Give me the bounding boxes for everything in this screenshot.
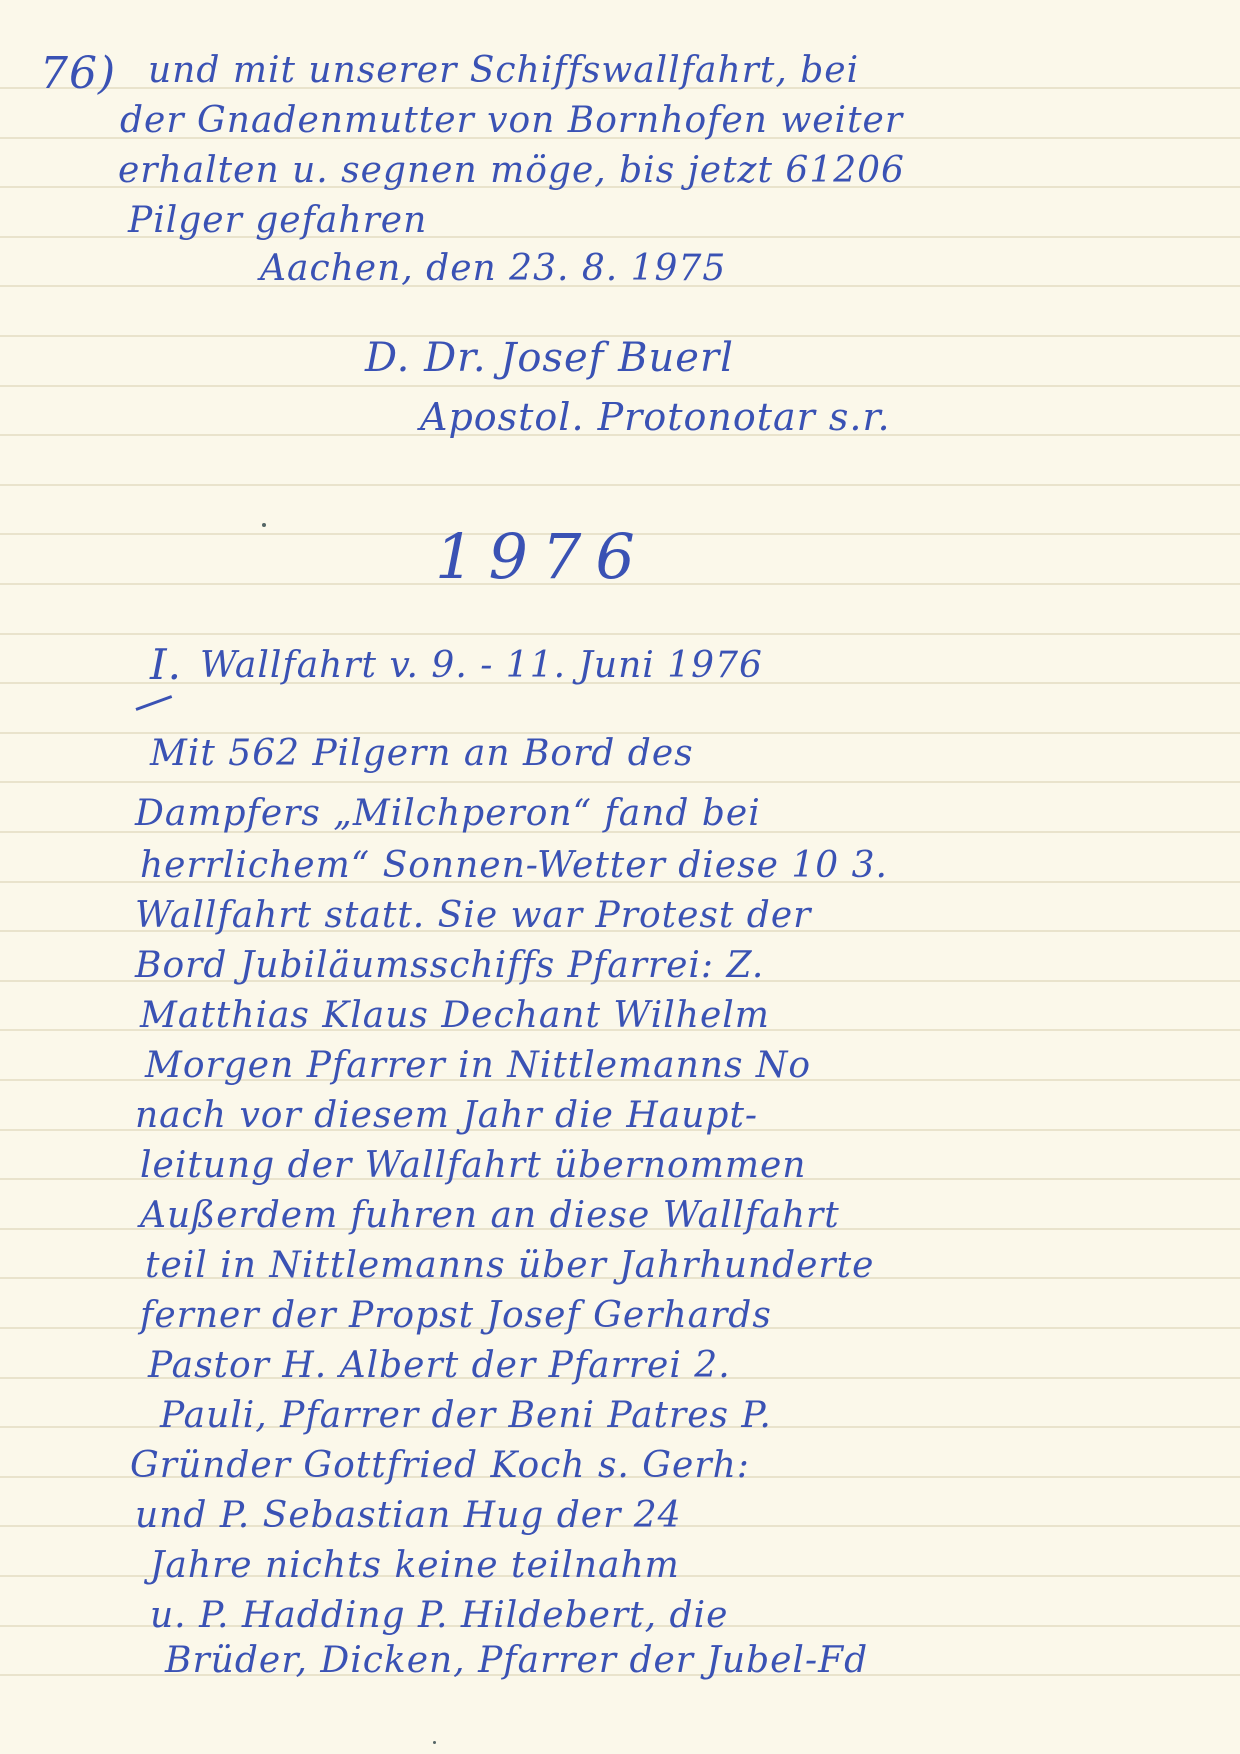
text-line: Bord Jubiläumsschiffs Pfarrei: Z. — [135, 945, 764, 986]
place-date: Aachen, den 23. 8. 1975 — [260, 248, 726, 289]
rule-line — [0, 385, 1240, 387]
section-numeral: I. — [150, 640, 182, 689]
text-line: Dampfers „Milchperon“ fand bei — [135, 793, 761, 834]
text-line: Jahre nichts keine teilnahm — [150, 1545, 680, 1586]
text-line: und P. Sebastian Hug der 24 — [135, 1495, 682, 1536]
heading-underline — [135, 695, 172, 711]
text-line: Brüder, Dicken, Pfarrer der Jubel-Fd — [165, 1640, 868, 1681]
text-line: Matthias Klaus Dechant Wilhelm — [140, 995, 770, 1036]
text-line: Wallfahrt statt. Sie war Protest der — [135, 895, 811, 936]
text-line: herrlichem“ Sonnen-Wetter diese 10 3. — [140, 845, 888, 886]
ink-dot — [433, 1741, 436, 1744]
text-line: Pastor H. Albert der Pfarrei 2. — [148, 1345, 731, 1386]
signature-title: Apostol. Protonotar s.r. — [420, 395, 891, 439]
ink-dot — [262, 523, 266, 527]
text-line: leitung der Wallfahrt übernommen — [140, 1145, 806, 1186]
text-line: teil in Nittlemanns über Jahrhunderte — [145, 1245, 874, 1286]
year-heading: 1976 — [435, 520, 649, 593]
text-line: ferner der Propst Josef Gerhards — [140, 1295, 772, 1336]
rule-line — [0, 484, 1240, 486]
text-line: nach vor diesem Jahr die Haupt- — [135, 1095, 758, 1136]
rule-line — [0, 781, 1240, 783]
text-line: Mit 562 Pilgern an Bord des — [150, 733, 694, 774]
text-line: Pauli, Pfarrer der Beni Patres P. — [160, 1395, 772, 1436]
text-line: Gründer Gottfried Koch s. Gerh: — [130, 1445, 750, 1486]
text-line: der Gnadenmutter von Bornhofen weiter — [120, 100, 903, 141]
entry-number: 76) — [40, 48, 116, 99]
text-line: Außerdem fuhren an diese Wallfahrt — [140, 1195, 840, 1236]
rule-line — [0, 633, 1240, 635]
text-line: und mit unserer Schiffswallfahrt, bei — [148, 50, 859, 91]
section-heading: Wallfahrt v. 9. - 11. Juni 1976 — [200, 645, 763, 686]
text-line: u. P. Hadding P. Hildebert, die — [150, 1595, 728, 1636]
notebook-page: 76) und mit unserer Schiffswallfahrt, be… — [0, 0, 1240, 1754]
signature-name: D. Dr. Josef Buerl — [365, 335, 734, 381]
text-line: Morgen Pfarrer in Nittlemanns No — [145, 1045, 811, 1086]
text-line: erhalten u. segnen möge, bis jetzt 61206 — [118, 150, 905, 191]
text-line: Pilger gefahren — [128, 200, 427, 241]
